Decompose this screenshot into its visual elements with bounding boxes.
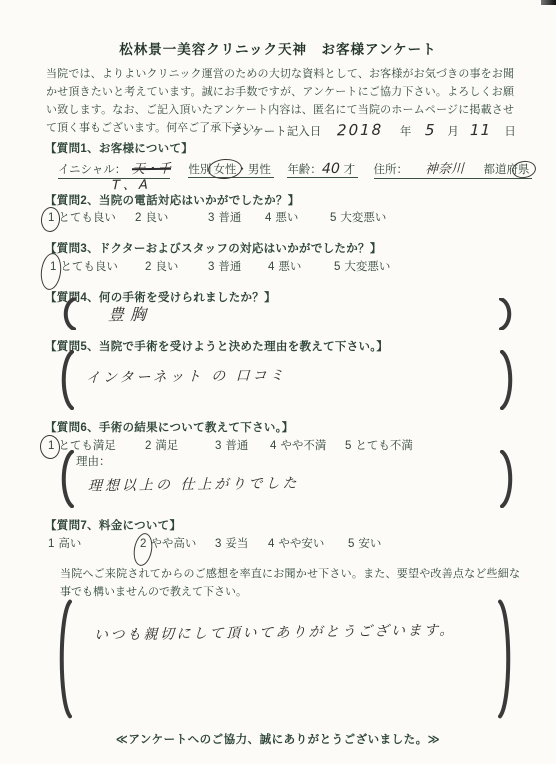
q2-option-1: 1とても良い bbox=[48, 209, 116, 225]
right-bracket-icon bbox=[500, 350, 516, 410]
q1-heading: 【質問1、お客様について】 bbox=[45, 140, 193, 156]
q6-heading: 【質問6、手術の結果について教えて下さい。】 bbox=[45, 419, 294, 435]
age-value-handwritten: 40 bbox=[322, 161, 340, 177]
q4-answer-box: 豊胸 bbox=[60, 298, 515, 330]
q3-option-5: 5大変悪い bbox=[334, 258, 390, 274]
page-title: 松林景一美容クリニック天神 お客様アンケート bbox=[0, 38, 556, 58]
date-day-unit: 日 bbox=[504, 126, 516, 138]
comment-prompt: 当院へご来院されてからのご感想を率直にお聞かせ下さい。また、要望や改善点など些細… bbox=[60, 565, 520, 601]
q3-option-2: 2良い bbox=[145, 258, 178, 274]
date-month-handwritten: 5 bbox=[424, 121, 434, 139]
left-bracket-icon bbox=[58, 450, 74, 508]
q3-option-4: 4悪い bbox=[268, 258, 301, 274]
address-unit: 都道府県 bbox=[483, 164, 529, 176]
comment-answer-handwritten: いつも親切にして頂いてありがとうございます。 bbox=[94, 619, 456, 644]
q2-options: 1とても良い 2良い 3普通 4悪い 5大変悪い bbox=[48, 209, 518, 227]
comment-box: いつも親切にして頂いてありがとうございます。 bbox=[56, 598, 514, 720]
footer-thanks: ≪アンケートへのご協力、誠にありがとうございました。≫ bbox=[0, 731, 556, 747]
address-value-handwritten: 神奈川 bbox=[425, 158, 464, 178]
gender-separator: ・ bbox=[236, 164, 248, 176]
right-bracket-icon bbox=[498, 598, 514, 720]
gender-label: 性別 bbox=[188, 164, 211, 176]
q5-answer-handwritten: インターネット の 口コミ bbox=[86, 365, 287, 388]
gender-field: 性別女性・男性 bbox=[188, 164, 274, 178]
gender-option-male: 男性 bbox=[248, 164, 271, 176]
age-field: 年齢：40才 bbox=[287, 164, 358, 178]
q6-reason-box: 理由： 理想以上の 仕上がりでした bbox=[58, 450, 516, 508]
q4-answer-handwritten: 豊胸 bbox=[108, 302, 152, 326]
q2-option-1-num: 1 bbox=[48, 212, 54, 224]
scan-corner-artifact bbox=[541, 0, 556, 5]
q7-option-2-num: 2 bbox=[140, 538, 146, 550]
right-bracket-icon bbox=[499, 298, 515, 330]
age-label: 年齢： bbox=[287, 164, 322, 176]
q7-option-5: 5安い bbox=[348, 535, 381, 551]
q3-options: 1とても良い 2良い 3普通 4悪い 5大変悪い bbox=[50, 258, 520, 276]
q3-heading: 【質問3、ドクターおよびスタッフの対応はいかがでしたか？】 bbox=[45, 240, 382, 256]
address-unit-circled: 県 bbox=[518, 164, 530, 176]
date-year-unit: 年 bbox=[400, 126, 412, 138]
address-label: 住所： bbox=[374, 164, 409, 176]
date-line: アンケート記入日 2018 年 5 月 11 日 bbox=[230, 121, 516, 139]
date-label: アンケート記入日 bbox=[230, 126, 321, 138]
left-bracket-icon bbox=[60, 298, 76, 330]
right-bracket-icon bbox=[500, 450, 516, 508]
q2-option-4: 4悪い bbox=[265, 209, 298, 225]
q5-answer-box: インターネット の 口コミ bbox=[58, 350, 516, 410]
q6-reason-label: 理由： bbox=[76, 453, 111, 469]
date-month-unit: 月 bbox=[447, 126, 459, 138]
address-field: 住所： 神奈川 都道府県 bbox=[374, 158, 532, 179]
left-bracket-icon bbox=[56, 598, 72, 720]
age-unit: 才 bbox=[344, 164, 356, 176]
q3-option-1: 1とても良い bbox=[50, 258, 118, 274]
q2-heading: 【質問2、当院の電話対応はいかがでしたか？】 bbox=[45, 192, 300, 208]
q6-option-1-num: 1 bbox=[48, 440, 54, 452]
gender-option-female: 女性 bbox=[213, 164, 236, 176]
q7-option-4: 4やや安い bbox=[268, 535, 324, 551]
initial-corrected-handwritten: T、A bbox=[112, 174, 151, 194]
q7-heading: 【質問7、料金について】 bbox=[45, 517, 181, 533]
left-bracket-icon bbox=[58, 350, 74, 410]
date-day-handwritten: 11 bbox=[470, 121, 491, 139]
q7-option-1: 1高い bbox=[48, 535, 81, 551]
q3-option-3: 3普通 bbox=[208, 258, 241, 274]
q2-option-2: 2良い bbox=[135, 209, 168, 225]
q7-option-3: 3妥当 bbox=[215, 535, 248, 551]
q7-option-2: 2やや高い bbox=[140, 535, 196, 551]
survey-scan-page: 松林景一美容クリニック天神 お客様アンケート 当院では、よりよいクリニック運営の… bbox=[0, 0, 556, 764]
q7-options: 1高い 2やや高い 3妥当 4やや安い 5安い bbox=[48, 535, 518, 553]
q2-option-3: 3普通 bbox=[208, 209, 241, 225]
q2-option-5: 5大変悪い bbox=[330, 209, 386, 225]
date-year-handwritten: 2018 bbox=[336, 121, 383, 140]
q6-reason-handwritten: 理想以上の 仕上がりでした bbox=[88, 473, 300, 496]
q3-option-1-num: 1 bbox=[50, 261, 56, 273]
